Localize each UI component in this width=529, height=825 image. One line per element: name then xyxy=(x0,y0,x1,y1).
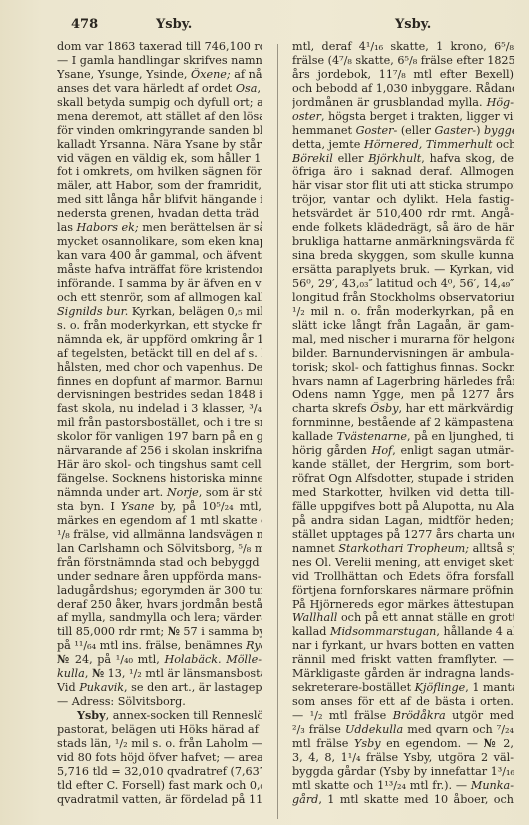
text-line: Wallhall och på ett annat ställe en grot… xyxy=(292,611,514,625)
text-line: fälle uppgifves bott på Alupotta, nu Ala… xyxy=(292,500,514,514)
text-line: på ¹¹/₆₄ mtl ins. frälse, benämnes Ryeda… xyxy=(57,639,262,653)
text-line: torisk; skol- och fattighus finnas. Sock… xyxy=(292,361,514,375)
text-line: detta, jemte Hörnered, Timmerhult och xyxy=(292,138,514,152)
text-line: ende folkets klädedrägt, så äro de här xyxy=(292,221,514,235)
text-line: mäler, att Habor, som der framridit, xyxy=(57,179,262,193)
text-line: ersätta paraplyets bruk. — Kyrkan, vid xyxy=(292,263,514,277)
text-line: Vid Pukavik, se den art., är lastageplat… xyxy=(57,681,262,695)
text-line: longitud från Stockholms observatorium, xyxy=(292,291,514,305)
text-line: — Adress: Sölvitsborg. xyxy=(57,695,262,709)
text-line: måste hafva inträffat före kristendomens xyxy=(57,263,262,277)
text-line: Ysane, Ysunge, Ysinde, Öxene; af några xyxy=(57,68,262,82)
text-line: dom var 1863 taxerad till 746,100 rdr. xyxy=(57,40,262,54)
text-line: på andra sidan Lagan, midtför heden; xyxy=(292,514,514,528)
text-line: — I gamla handlingar skrifves namnet xyxy=(57,54,262,68)
left-text-column: dom var 1863 taxerad till 746,100 rdr.— … xyxy=(57,40,262,807)
text-line: oster, högsta berget i trakten, ligger v… xyxy=(292,110,514,124)
page-number: 478 xyxy=(71,17,98,32)
text-line: fornminne, bestående af 2 kämpastenar, xyxy=(292,416,514,430)
text-line: öfriga äro i saknad deraf. Allmogen xyxy=(292,165,514,179)
text-line: sina breda skyggen, som skulle kunna xyxy=(292,249,514,263)
text-line: märkes en egendom af 1 mtl skatte och xyxy=(57,514,262,528)
text-line: Här äro skol- och tingshus samt cell- xyxy=(57,458,262,472)
text-line: kulla, № 13, ¹/₂ mtl är länsmansboställe… xyxy=(57,667,262,681)
right-text-column: mtl, deraf 4¹/₁₆ skatte, 1 krono, 6⁵/₈fr… xyxy=(292,40,514,807)
text-line: skall betyda sumpig och dyfull ort; andr… xyxy=(57,96,262,110)
text-line: Börekil eller Björkhult, hafva skog, de xyxy=(292,152,514,166)
text-line: anses det vara härledt af ordet Osa, som xyxy=(57,82,262,96)
text-line: 3, 4, 8, 1¹/₄ frälse Ysby, utgöra 2 väl- xyxy=(292,751,514,765)
text-line: förtjena fornforskares närmare pröfning. xyxy=(292,584,514,598)
text-line: mal, med nischer i murarna för helgona- xyxy=(292,333,514,347)
text-line: stads län, ¹/₂ mil s. o. från Laholm — xyxy=(57,737,262,751)
text-line: mil från pastorsbostället, och i tre små… xyxy=(57,416,262,430)
text-line: Märkligaste gården är indragna lands- xyxy=(292,667,514,681)
text-line: finnes en dopfunt af marmor. Barnun- xyxy=(57,375,262,389)
text-line: mena deremot, att stället af den lösa oc… xyxy=(57,110,262,124)
text-line: — ¹/₂ mtl frälse Brödåkra utgör med xyxy=(292,709,514,723)
text-line: № 24, på ¹/₄₀ mtl, Holabäck. Mölle- xyxy=(57,653,262,667)
text-line: af tegelsten, betäckt till en del af s. … xyxy=(57,347,262,361)
text-line: fängelse. Socknens historiska minnen äro xyxy=(57,472,262,486)
text-line: nämnda under art. Norje, som är stör- xyxy=(57,486,262,500)
text-line: fast skola, nu indelad i 3 klasser, ³/₄ xyxy=(57,402,262,416)
text-line: vid 80 fots höjd öfver hafvet; — arealen… xyxy=(57,751,262,765)
text-line: mtl, deraf 4¹/₁₆ skatte, 1 krono, 6⁵/₈ xyxy=(292,40,514,54)
text-line: slätt icke långt från Lagaån, är gam- xyxy=(292,319,514,333)
book-page: 478 Ysby. Ysby. dom var 1863 taxerad til… xyxy=(0,0,529,825)
text-line: ²/₃ frälse Uddekulla med qvarn och ⁷/₂₄ xyxy=(292,723,514,737)
text-line: stället upptages på 1277 års charta unde… xyxy=(292,528,514,542)
text-line: gård, 1 mtl skatte med 10 åboer, och xyxy=(292,793,514,807)
page-header: 478 Ysby. Ysby. xyxy=(0,14,529,34)
text-line: pastorat, belägen uti Höks härad af Halm… xyxy=(57,723,262,737)
running-head-right: Ysby. xyxy=(395,17,431,32)
text-line: charta skrefs Ösby, har ett märkvärdigt xyxy=(292,402,514,416)
text-line: dervisningen bestrides sedan 1848 i en xyxy=(57,388,262,402)
text-line: med sitt långa hår blifvit hängande i xyxy=(57,193,262,207)
text-line: mycket osannolikare, som eken knappt xyxy=(57,235,262,249)
text-line: ladugårdshus; egorymden är 300 tunnl., xyxy=(57,584,262,598)
column-divider xyxy=(277,44,278,819)
text-line: nämnda ek, är uppförd omkring år 1400 xyxy=(57,333,262,347)
text-line: Ysby, annex-socken till Renneslöfs xyxy=(57,709,262,723)
text-line: s. o. från moderkyrkan, ett stycke från xyxy=(57,319,262,333)
text-line: ¹/₂ mil n. o. från moderkyrkan, på en xyxy=(292,305,514,319)
text-line: nedersta grenen, hvadan detta träd kal- xyxy=(57,207,262,221)
text-line: kalladt Yrsanna. Nära Ysane by står xyxy=(57,138,262,152)
text-line: frälse (4⁷/₈ skatte, 6⁵/₈ frälse efter 1… xyxy=(292,54,514,68)
text-line: qvadratmil vatten, är fördelad på 11¹¹/₁… xyxy=(57,793,262,807)
text-line: nar i fyrkant, ur hvars botten en vatten… xyxy=(292,639,514,653)
text-line: och bebodd af 1,030 inbyggare. Rådande xyxy=(292,82,514,96)
text-line: nes Ol. Verelii mening, att enviget sket… xyxy=(292,556,514,570)
text-line: mtl skatte och 1¹³/₂₄ mtl fr.). — Munka- xyxy=(292,779,514,793)
text-line: sekreterare-bostället Kjöflinge, 1 manta… xyxy=(292,681,514,695)
text-line: års jordebok, 11⁷/₈ mtl efter Bexell) xyxy=(292,68,514,82)
text-line: från förstnämnda stad och bebyggd med xyxy=(57,556,262,570)
text-line: 5,716 tld = 32,010 qvadratref (7,637 xyxy=(57,765,262,779)
text-line: rännil med friskt vatten framflyter. — xyxy=(292,653,514,667)
text-line: bilder. Barnundervisningen är ambula- xyxy=(292,347,514,361)
text-line: med Starkotter, hvilken vid detta till- xyxy=(292,486,514,500)
text-line: jordmånen är grusblandad mylla. Hög- xyxy=(292,96,514,110)
text-line: kan vara 400 år gammal, och äfventyret xyxy=(57,249,262,263)
text-line: hörig gården Hof, enligt sagan utmär- xyxy=(292,444,514,458)
text-line: till 85,000 rdr rmt; № 57 i samma by, xyxy=(57,625,262,639)
text-line: kande stället, der Hergrim, som bort- xyxy=(292,458,514,472)
text-line: af mylla, sandmylla och lera; värderas xyxy=(57,611,262,625)
text-line: byggda gårdar (Ysby by innefattar 1³/₁₆ xyxy=(292,765,514,779)
text-line: tröjor, vantar och dylikt. Hela fastig- xyxy=(292,193,514,207)
text-line: Signilds bur. Kyrkan, belägen 0,₅ mil xyxy=(57,305,262,319)
text-line: brukliga hattarne anmärkningsvärda för xyxy=(292,235,514,249)
text-line: införande. I samma by är äfven en vall xyxy=(57,277,262,291)
text-line: här visar stor flit uti att sticka strum… xyxy=(292,179,514,193)
text-line: för vinden omkringyrande sanden blifvit xyxy=(57,124,262,138)
text-line: sta byn. I Ysane by, på 10⁵/₂₄ mtl, xyxy=(57,500,262,514)
text-line: röfrat Ogn Alfsdotter, stupade i striden xyxy=(292,472,514,486)
text-line: lan Carlshamn och Sölvitsborg, ⁵/₈ mil xyxy=(57,542,262,556)
text-line: hemmanet Goster- (eller Gaster-) bygget; xyxy=(292,124,514,138)
text-line: deraf 250 åker, hvars jordmån består xyxy=(57,598,262,612)
text-line: mtl frälse Ysby en egendom. — № 2, xyxy=(292,737,514,751)
text-line: fot i omkrets, om hvilken sägnen för- xyxy=(57,165,262,179)
text-line: hålsten, med chor och vapenhus. Der xyxy=(57,361,262,375)
text-line: kallade Tvästenarne, på en ljunghed, til… xyxy=(292,430,514,444)
text-line: Odens namn Ygge, men på 1277 års xyxy=(292,388,514,402)
text-line: närvarande af 256 i skolan inskrifna. xyxy=(57,444,262,458)
text-line: under sednare åren uppförda mans- och xyxy=(57,570,262,584)
text-line: hvars namn af Lagerbring härledes från xyxy=(292,375,514,389)
running-head-left: Ysby. xyxy=(156,17,192,32)
text-line: vid Trollhättan och Edets öfra forsfall xyxy=(292,570,514,584)
text-line: las Habors ek; men berättelsen är så xyxy=(57,221,262,235)
text-line: 56⁰, 29′, 43,₀₃″ latitud och 4⁰, 56′, 14… xyxy=(292,277,514,291)
text-line: och ett stenrör, som af allmogen kallas xyxy=(57,291,262,305)
text-line: namnet Starkothari Tropheum; alltså sy- xyxy=(292,542,514,556)
text-line: vid vägen en väldig ek, som håller 17¹/₄ xyxy=(57,152,262,166)
text-line: kallad Midsommarstugan, hållande 4 al- xyxy=(292,625,514,639)
text-line: tld efter C. Forsell) fast mark och 0,₀₀… xyxy=(57,779,262,793)
text-line: som anses för ett af de bästa i orten. xyxy=(292,695,514,709)
text-line: skolor för vanligen 197 barn på en gång xyxy=(57,430,262,444)
text-line: På Hjörnereds egor märkes ättestupan xyxy=(292,598,514,612)
text-line: hetsvärdet är 510,400 rdr rmt. Angå- xyxy=(292,207,514,221)
text-line: ¹/₈ frälse, vid allmänna landsvägen mel- xyxy=(57,528,262,542)
